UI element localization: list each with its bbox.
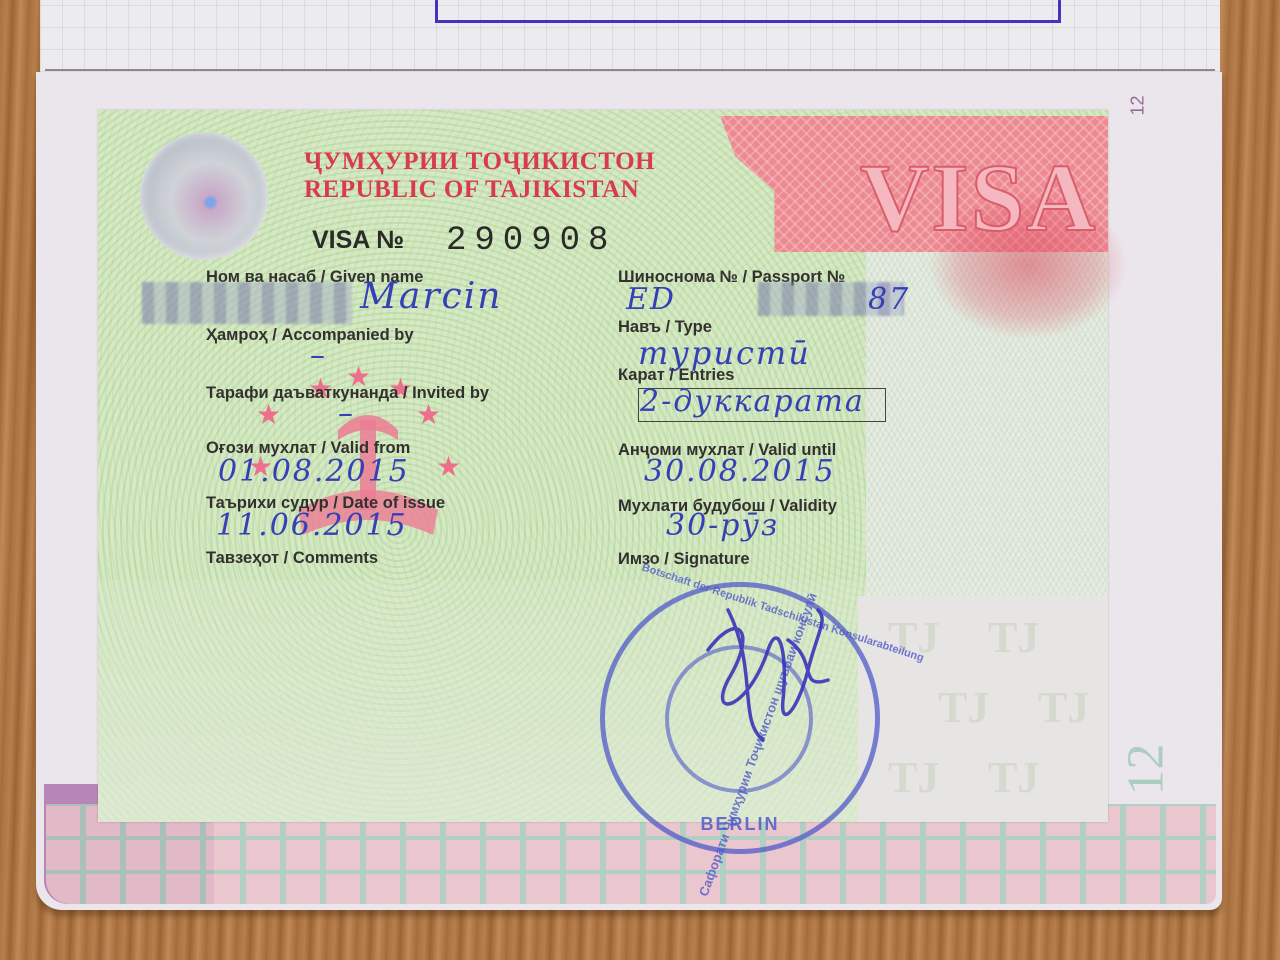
invited-by-value: – xyxy=(338,396,355,431)
visa-number: 290908 xyxy=(446,222,616,260)
signature-scribble xyxy=(668,590,848,750)
tj-watermark: TJ xyxy=(1038,682,1089,733)
accompanied-by-value: – xyxy=(310,338,327,373)
given-name-value: Marcin xyxy=(360,276,502,317)
passport-binding-stitch xyxy=(45,69,1215,71)
validity-value: 30-рӯз xyxy=(666,508,779,543)
page-number: 12 xyxy=(1128,95,1149,115)
valid-from-value: 01.08.2015 xyxy=(218,454,410,489)
redacted-surname xyxy=(142,282,352,324)
star-icon: ★ xyxy=(436,450,461,483)
stamp-city: BERLIN xyxy=(605,814,875,835)
comments-label: Тавзеҳот / Comments xyxy=(206,549,378,568)
date-of-issue-value: 11.06.2015 xyxy=(216,508,408,543)
entries-label: Карат / Entries xyxy=(618,366,734,385)
visa-number-label: VISA № xyxy=(312,226,404,255)
tj-watermark: TJ xyxy=(888,752,939,803)
previous-page-stamp-box xyxy=(435,0,1061,23)
valid-until-value: 30.08.2015 xyxy=(644,454,836,489)
previous-passport-page xyxy=(40,0,1220,72)
tj-watermark: TJ xyxy=(988,752,1039,803)
signature-label: Имзо / Signature xyxy=(618,550,750,569)
passport-number-suffix: 87 xyxy=(868,282,910,317)
country-name-latin: REPUBLIC OF TAJIKISTAN xyxy=(304,176,639,204)
country-name-cyrillic: ҶУМҲУРИИ ТОҶИКИСТОН xyxy=(304,148,655,176)
entries-value: 2-дуккарата xyxy=(640,384,865,419)
tj-watermark: TJ xyxy=(988,612,1039,663)
hologram-emblem-icon xyxy=(140,132,268,260)
tj-watermark: TJ xyxy=(938,682,989,733)
visa-sticker: TJ TJ TJ TJ TJ TJ VISA ҶУМҲУРИИ ТОҶИКИСТ… xyxy=(98,110,1108,822)
passport-number-prefix: ED xyxy=(626,282,676,317)
visa-banner-title: VISA xyxy=(860,142,1097,253)
watermark-zone: TJ TJ TJ TJ TJ TJ xyxy=(858,596,1108,822)
page-number-watermark: 12 xyxy=(1117,744,1176,796)
